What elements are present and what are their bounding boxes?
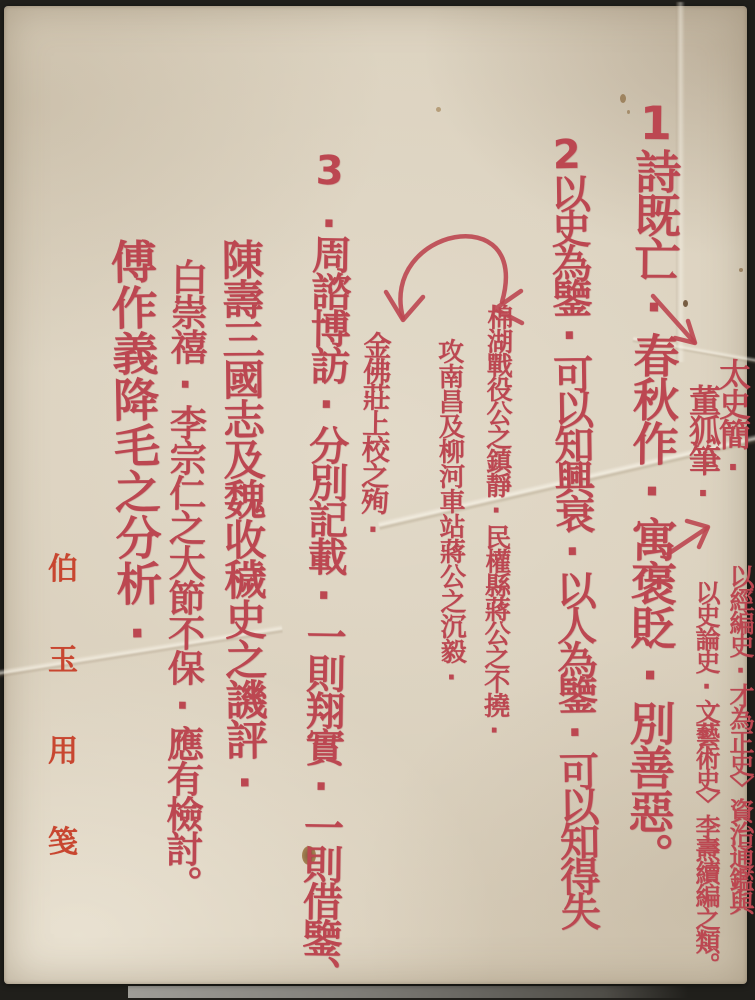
foxing-spot xyxy=(739,268,743,272)
annotation-shixue-col-2: 以史論史·文藝術史〉李燾續編之類。 xyxy=(688,580,724,975)
annotation-shixue-col-1: 以經編史·才為正史〉資治通鑑與 xyxy=(722,564,755,913)
manuscript-column-2: 2以史為鑒·可以知興衰·以人為鑒·可以知得失 xyxy=(538,132,606,927)
annotation-taishijian-col-2: 董狐筆· xyxy=(680,384,726,510)
arc-arrow-left-head xyxy=(386,292,423,320)
annotation-zhenjing-col-1: 棉湖戰役公之鎮靜·民權縣蔣公之不撓· xyxy=(476,304,517,744)
letterhead-char: 笺 xyxy=(48,817,78,861)
photo-backdrop-strip xyxy=(128,986,688,998)
manuscript-column-4: 陳壽三國志及魏收穢史之譏評· xyxy=(210,238,275,806)
annotation-zhenjing-col-2: 攻南昌及柳河車站蔣公之沉毅· xyxy=(430,338,470,692)
annotation-jinshangxiao: 金佛莊上校之殉· xyxy=(352,331,396,545)
arrow-to-shixue-head xyxy=(687,521,708,547)
letterhead-char: 用 xyxy=(48,726,78,770)
manuscript-column-3: 3.周諮博訪·分別記載·一則翔實·一則借鑒、 xyxy=(290,148,359,993)
stationery-paper: 伯 玉 用 笺 1詩既亡·春秋作·寓褒貶·別善惡。 2以史為鑒·可以知興衰·以人… xyxy=(4,6,747,984)
manuscript-column-6: 傅作義降毛之分析· xyxy=(97,237,170,660)
letterhead-char: 玉 xyxy=(48,635,78,679)
foxing-spot xyxy=(436,107,441,112)
manuscript-column-1: 1詩既亡·春秋作·寓褒貶·別善惡。 xyxy=(615,96,689,877)
letterhead-char: 伯 xyxy=(48,544,78,588)
letterhead: 伯 玉 用 笺 xyxy=(46,544,80,861)
